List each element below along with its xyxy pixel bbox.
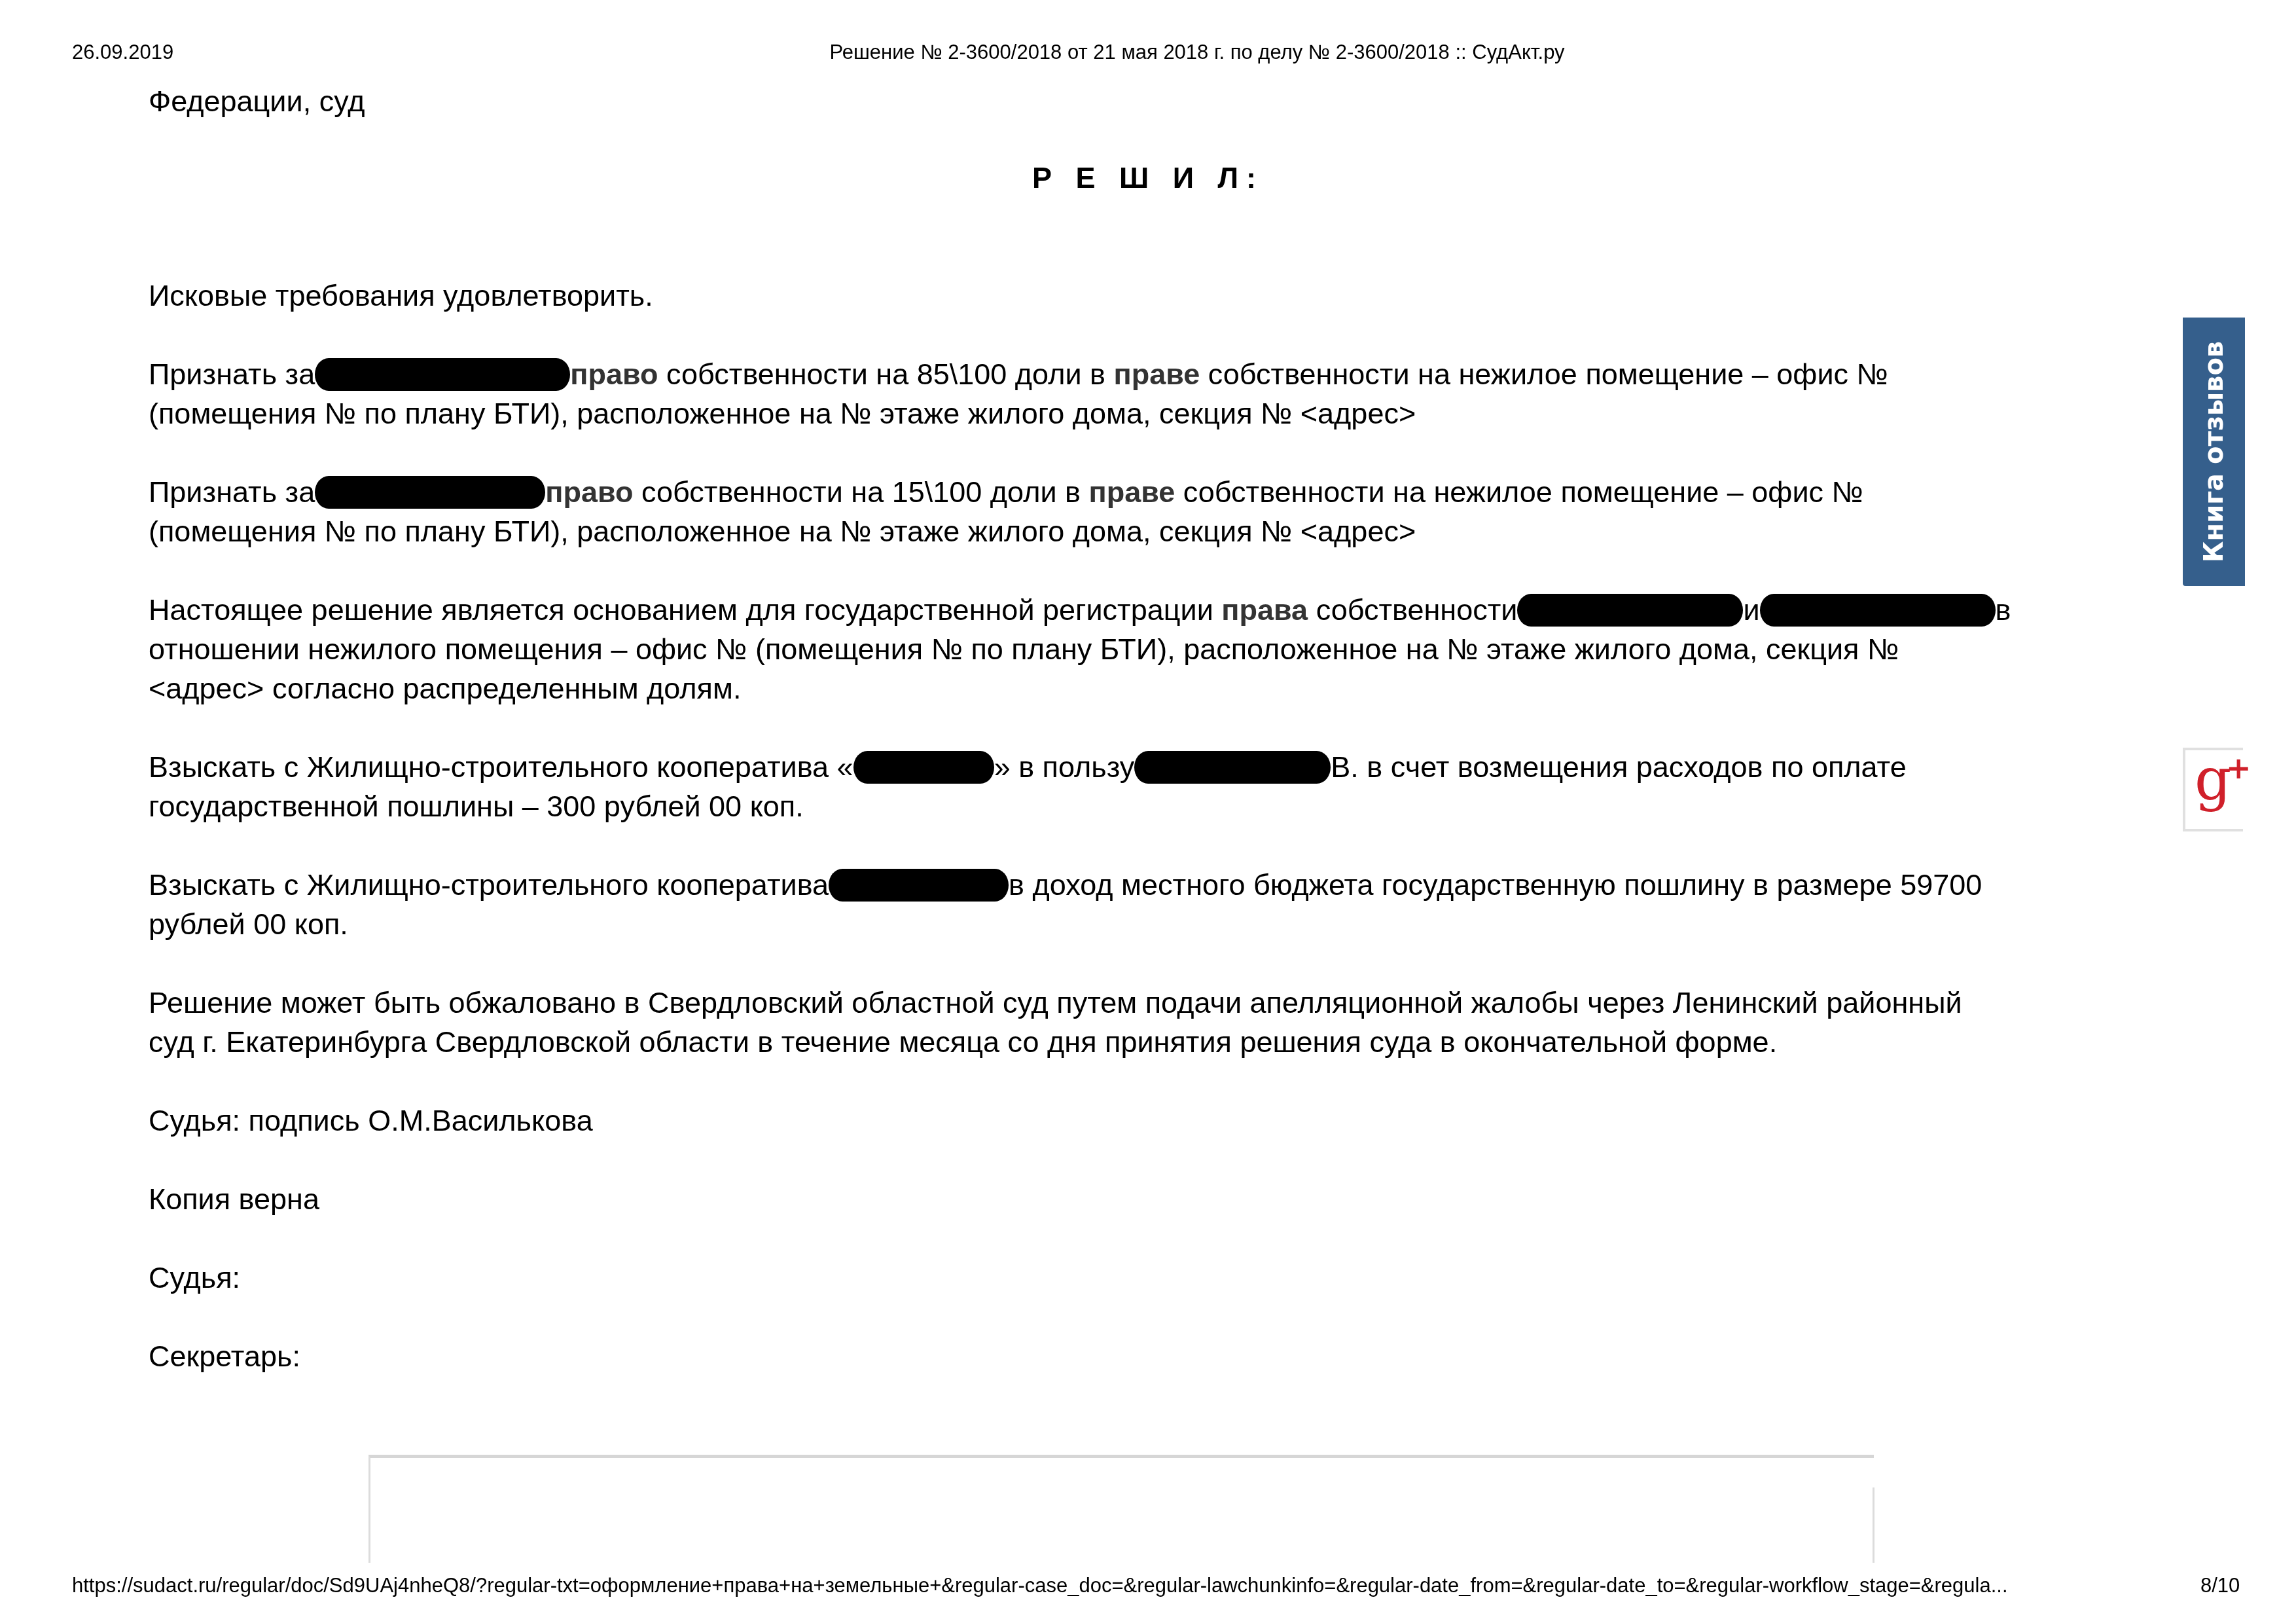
decision-heading: Р Е Ш И Л: (0, 161, 2296, 195)
copy-certification: Копия верна (149, 1180, 319, 1219)
embedded-frame-placeholder (368, 1455, 1874, 1563)
paragraph-appeal: Решение может быть обжаловано в Свердлов… (149, 983, 1962, 1023)
redaction (1760, 594, 1996, 627)
print-url: https://sudact.ru/regular/doc/Sd9UAj4nhe… (72, 1574, 2008, 1597)
paragraph-registration-line3: <адрес> согласно распределенным долям. (149, 669, 741, 708)
document-body: Федерации, суд (149, 0, 2112, 1440)
secretary-label: Секретарь: (149, 1337, 300, 1376)
paragraph-appeal-line2: суд г. Екатеринбурга Свердловской област… (149, 1023, 1777, 1062)
paragraph-recover-budget-line2: рублей 00 коп. (149, 905, 348, 944)
paragraph-recover-fee-line2: государственной пошлины – 300 рублей 00 … (149, 787, 804, 826)
feedback-book-label: Книга отзывов (2199, 341, 2229, 562)
paragraph-ownership-85-line2: (помещения № по плану БТИ), расположенно… (149, 394, 1416, 433)
paragraph-registration: Настоящее решение является основанием дл… (149, 591, 2011, 630)
paragraph-recover-fee: Взыскать с Жилищно-строительного коопера… (149, 748, 1907, 787)
frame-border (1873, 1487, 1874, 1563)
redaction (1517, 594, 1743, 627)
redaction (315, 358, 570, 391)
judge-label: Судья: (149, 1258, 240, 1298)
paragraph-ownership-15: Признать заправо собственности на 15\100… (149, 473, 1863, 512)
page-number: 8/10 (2200, 1574, 2240, 1597)
redaction (1134, 751, 1331, 784)
paragraph-ownership-85: Признать заправо собственности на 85\100… (149, 355, 1888, 394)
plus-icon: + (2226, 750, 2251, 786)
paragraph-registration-line2: отношении нежилого помещения – офис № (п… (149, 630, 1899, 669)
paragraph-claims-granted: Исковые требования удовлетворить. (149, 276, 653, 316)
judge-signature: Судья: подпись О.М.Василькова (149, 1101, 593, 1140)
redaction (829, 869, 1009, 902)
google-plus-share-button[interactable]: g + (2183, 748, 2243, 831)
paragraph-ownership-15-line2: (помещения № по плану БТИ), расположенно… (149, 512, 1416, 551)
paragraph-recover-budget: Взыскать с Жилищно-строительного коопера… (149, 866, 1982, 905)
intro-fragment: Федерации, суд (149, 82, 365, 121)
redaction (315, 476, 545, 509)
feedback-book-button[interactable]: Книга отзывов (2183, 318, 2245, 586)
redaction (853, 751, 994, 784)
